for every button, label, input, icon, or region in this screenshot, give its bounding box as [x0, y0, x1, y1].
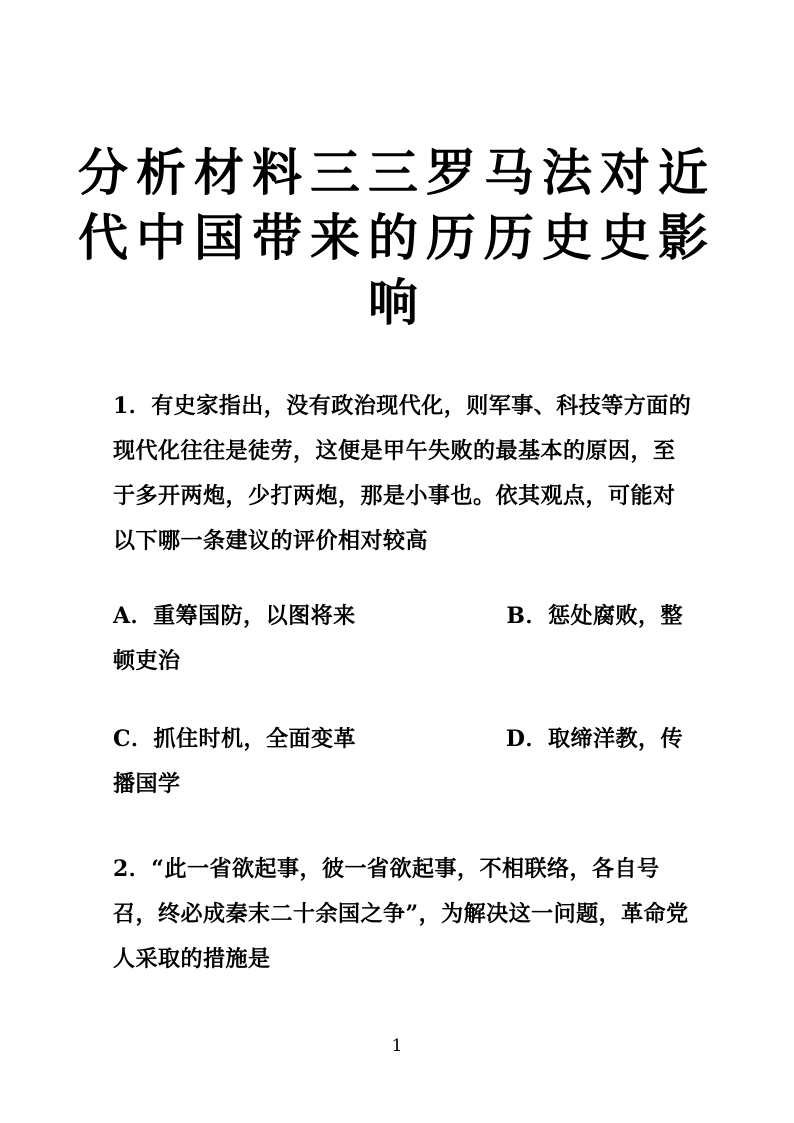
text-line: 召，终必成秦末二十余国之争”，为解决这一问题，革命党	[113, 892, 683, 937]
options-row-cd: C．抓住时机，全面变革 D．取缔洋教，传 播国学	[113, 717, 683, 807]
document-title: 分析材料三三罗马法对近代中国带来的历历史史影响	[57, 140, 737, 335]
option-c: C．抓住时机，全面变革	[113, 717, 356, 762]
text-line: 人采取的措施是	[113, 937, 683, 982]
text-line: 1．有史家指出，没有政治现代化，则军事、科技等方面的	[113, 384, 683, 429]
options-ab-line-1: A．重筹国防，以图将来 B．惩处腐败，整	[113, 594, 683, 639]
text-line: 于多开两炮，少打两炮，那是小事也。依其观点，可能对	[113, 474, 683, 519]
question-1: 1．有史家指出，没有政治现代化，则军事、科技等方面的现代化往往是徒劳，这便是甲午…	[113, 384, 683, 564]
text-line: 响	[57, 270, 737, 335]
option-d: D．取缔洋教，传	[506, 717, 683, 762]
options-row-ab: A．重筹国防，以图将来 B．惩处腐败，整 顿吏治	[113, 594, 683, 684]
option-a: A．重筹国防，以图将来	[113, 594, 356, 639]
options-cd-line-1: C．抓住时机，全面变革 D．取缔洋教，传	[113, 717, 683, 762]
text-line: 分析材料三三罗马法对近	[57, 140, 737, 205]
option-b: B．惩处腐败，整	[506, 594, 683, 639]
option-b-continuation: 顿吏治	[113, 639, 683, 684]
text-line: 2．“此一省欲起事，彼一省欲起事，不相联络，各自号	[113, 847, 683, 892]
question-2: 2．“此一省欲起事，彼一省欲起事，不相联络，各自号召，终必成秦末二十余国之争”，…	[113, 847, 683, 982]
option-d-continuation: 播国学	[113, 762, 683, 807]
text-line: 现代化往往是徒劳，这便是甲午失败的最基本的原因，至	[113, 429, 683, 474]
page-number: 1	[0, 1034, 794, 1058]
document-page: 分析材料三三罗马法对近代中国带来的历历史史影响 1．有史家指出，没有政治现代化，…	[0, 0, 794, 1123]
text-line: 以下哪一条建议的评价相对较高	[113, 519, 683, 564]
text-line: 代中国带来的历历史史影	[57, 205, 737, 270]
